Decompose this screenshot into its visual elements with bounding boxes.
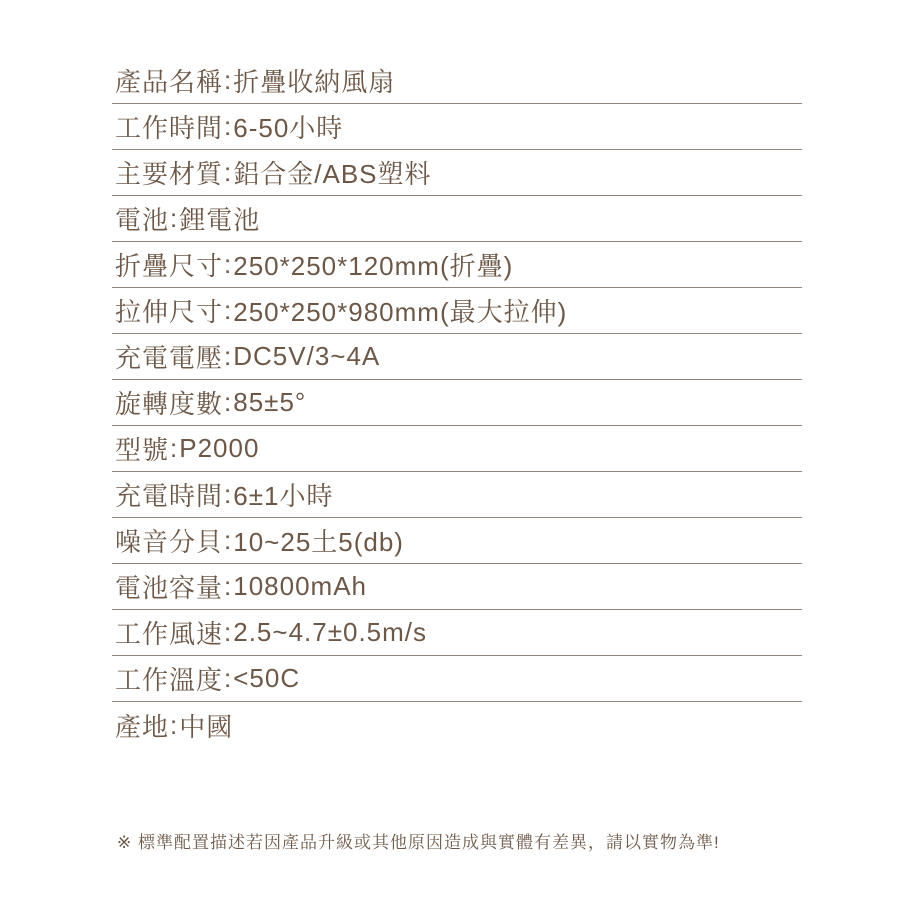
spec-separator: :	[223, 157, 233, 188]
spec-label: 充電時間	[115, 476, 223, 513]
spec-label: 主要材質	[115, 154, 223, 191]
spec-row: 噪音分貝:10~25土5(db)	[112, 518, 802, 564]
spec-row: 產品名稱:折疊收納風扇	[112, 58, 802, 104]
spec-label: 折疊尺寸	[115, 246, 223, 283]
spec-separator: :	[223, 663, 233, 694]
spec-row: 電池容量:10800mAh	[112, 564, 802, 610]
spec-value: 6-50小時	[233, 108, 343, 145]
spec-value: 2.5~4.7±0.5m/s	[233, 617, 427, 648]
spec-label: 工作溫度	[115, 660, 223, 697]
spec-separator: :	[223, 249, 233, 280]
spec-row: 電池:鋰電池	[112, 196, 802, 242]
spec-value: 鋁合金/ABS塑料	[233, 154, 431, 191]
spec-row: 旋轉度數:85±5°	[112, 380, 802, 426]
spec-value: 折疊收納風扇	[233, 62, 395, 99]
spec-separator: :	[223, 479, 233, 510]
spec-separator: :	[223, 295, 233, 326]
spec-value: 鋰電池	[179, 200, 260, 237]
spec-label: 型號	[115, 430, 169, 467]
spec-separator: :	[223, 571, 233, 602]
spec-separator: :	[223, 617, 233, 648]
spec-separator: :	[169, 710, 179, 741]
spec-row: 工作風速:2.5~4.7±0.5m/s	[112, 610, 802, 656]
footer-disclaimer: ※ 標準配置描述若因產品升級或其他原因造成與實體有差異，請以實物為準!	[117, 828, 720, 853]
spec-label: 工作時間	[115, 108, 223, 145]
spec-separator: :	[223, 525, 233, 556]
spec-row: 主要材質:鋁合金/ABS塑料	[112, 150, 802, 196]
spec-separator: :	[223, 387, 233, 418]
spec-value: 250*250*980mm(最大拉伸)	[233, 292, 567, 329]
spec-label: 噪音分貝	[115, 522, 223, 559]
spec-row: 拉伸尺寸:250*250*980mm(最大拉伸)	[112, 288, 802, 334]
spec-value: 6±1小時	[233, 476, 333, 513]
spec-row: 充電時間:6±1小時	[112, 472, 802, 518]
spec-separator: :	[223, 65, 233, 96]
spec-value: 中國	[179, 707, 233, 744]
spec-row: 充電電壓:DC5V/3~4A	[112, 334, 802, 380]
spec-label: 產地	[115, 707, 169, 744]
spec-row: 折疊尺寸:250*250*120mm(折疊)	[112, 242, 802, 288]
spec-separator: :	[169, 433, 179, 464]
spec-row: 型號:P2000	[112, 426, 802, 472]
spec-value: P2000	[179, 433, 259, 464]
spec-value: 10~25土5(db)	[233, 522, 404, 559]
spec-row: 工作時間:6-50小時	[112, 104, 802, 150]
spec-value: 85±5°	[233, 387, 306, 418]
spec-row: 工作溫度:<50C	[112, 656, 802, 702]
spec-separator: :	[169, 203, 179, 234]
spec-separator: :	[223, 111, 233, 142]
spec-label: 充電電壓	[115, 338, 223, 375]
spec-value: 250*250*120mm(折疊)	[233, 246, 513, 283]
spec-table: 產品名稱:折疊收納風扇 工作時間:6-50小時 主要材質:鋁合金/ABS塑料 電…	[112, 58, 802, 748]
spec-label: 電池	[115, 200, 169, 237]
spec-label: 拉伸尺寸	[115, 292, 223, 329]
spec-value: <50C	[233, 663, 300, 694]
spec-label: 旋轉度數	[115, 384, 223, 421]
spec-separator: :	[223, 341, 233, 372]
spec-label: 產品名稱	[115, 62, 223, 99]
spec-row: 產地:中國	[112, 702, 802, 748]
spec-label: 電池容量	[115, 568, 223, 605]
spec-value: DC5V/3~4A	[233, 341, 380, 372]
spec-value: 10800mAh	[233, 571, 367, 602]
spec-label: 工作風速	[115, 614, 223, 651]
